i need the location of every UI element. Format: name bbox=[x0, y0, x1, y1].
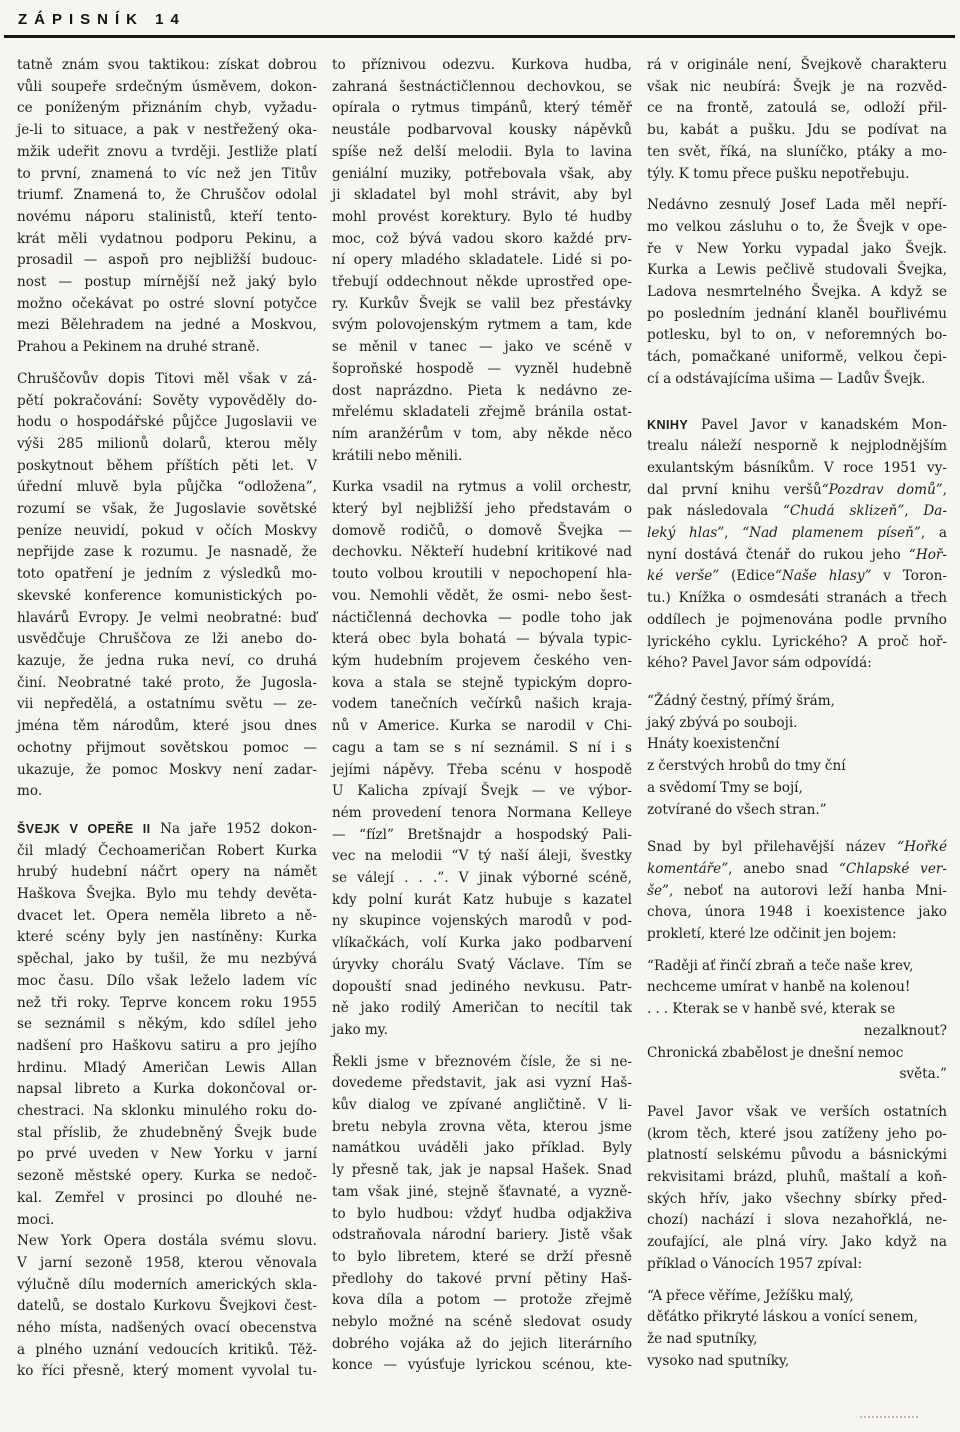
text-line: moci. bbox=[17, 1210, 317, 1232]
poem-line: že nad sputníky, bbox=[647, 1329, 947, 1351]
text-line: nadšení pro Haškovu satiru a pro jejího bbox=[17, 1036, 317, 1058]
text-line: ly přesně tak, jak je napsal Hašek. Snad bbox=[332, 1160, 632, 1182]
text-line: poskytnout během příštích pěti let. V bbox=[17, 456, 317, 478]
text-line: lyrického cyklu. Lyrického? A proč hoř- bbox=[647, 632, 947, 654]
text-line: však nic neubírá: Švejk je na rozvěd- bbox=[647, 77, 947, 99]
text-line: dvacet let. Opera neměla libreto a ně- bbox=[17, 906, 317, 928]
text-line: krát měli vydatnou podporu Pekinu, a bbox=[17, 229, 317, 251]
poem-line: nechceme umírat v hanbě na kolenou! bbox=[647, 977, 947, 999]
text-line: potlesku, byl to on, v neforemných bo- bbox=[647, 325, 947, 347]
poem-line: “Žádný čestný, přímý šrám, bbox=[647, 691, 947, 713]
poem: “Raději ať řinčí zbraň a teče naše krev,… bbox=[647, 956, 947, 1086]
poem: “Žádný čestný, přímý šrám,jaký zbývá po … bbox=[647, 691, 947, 821]
paragraph: ŠVEJK V OPEŘE II Na jaře 1952 dokon-čil … bbox=[17, 819, 317, 1231]
text-line: mžik udeřit znovu a tvrději. Jestliže pl… bbox=[17, 142, 317, 164]
text-line: KNIHY Pavel Javor v kanadském Mon- bbox=[647, 415, 947, 437]
poem-line: nezalknout? bbox=[647, 1021, 947, 1043]
text-line: ře v New Yorku vypadal jako Švejk. bbox=[647, 239, 947, 261]
text-line: New York Opera dostála svému slovu. bbox=[17, 1231, 317, 1253]
text-line: skevské konference komunistických po- bbox=[17, 586, 317, 608]
text-line: vlíkačkách, volí Kurka jako podbarvení bbox=[332, 933, 632, 955]
text-line: jména těm národům, které jsou dnes bbox=[17, 716, 317, 738]
text-line: V jarní sezoně 1958, kterou věnovala bbox=[17, 1253, 317, 1275]
text-line: po prvé uveden v New Yorku v jarní bbox=[17, 1144, 317, 1166]
text-line: hlavárů Evropy. Je velmi neobratné: buď bbox=[17, 608, 317, 630]
text-line: peníze neuvidí, pokud v očích Moskvy bbox=[17, 521, 317, 543]
text-line: kého? Pavel Javor sám odpovídá: bbox=[647, 653, 947, 675]
text-line: bretu nebyla zrovna věta, kterou jsme bbox=[332, 1117, 632, 1139]
paragraph: tatně znám svou taktikou: získat dobrouv… bbox=[17, 55, 317, 359]
text-line: opírala o rytmus timpánů, který téměř bbox=[332, 98, 632, 120]
text-line: touto volbou kroutili v nepochopení hla- bbox=[332, 564, 632, 586]
scanned-page: ZÁPISNÍK 14 tatně znám svou taktikou: zí… bbox=[0, 0, 960, 1432]
text-line: mohl provést korektury. Bylo té hudby bbox=[332, 207, 632, 229]
text-line: vůli soupeře srdečným úsměvem, dokon- bbox=[17, 77, 317, 99]
column-1: tatně znám svou taktikou: získat dobrouv… bbox=[17, 55, 317, 1383]
text-line: ké verše” (Edice“Naše hlasy” v Toron- bbox=[647, 566, 947, 588]
italic-book-title: “Chlapské ver- bbox=[839, 861, 947, 877]
text-line: cí a odstávajícíma ušima — Ladův Švejk. bbox=[647, 369, 947, 391]
text-line: Nedávno zesnulý Josef Lada měl nepří- bbox=[647, 195, 947, 217]
text-line: hrdinu. Mladý Američan Lewis Allan bbox=[17, 1058, 317, 1080]
text-line: oddílech je pojmenována podle prvního bbox=[647, 610, 947, 632]
text-line: čil mladý Čechoameričan Robert Kurka bbox=[17, 841, 317, 863]
text-line: nost — postup mírnější než jaký bylo bbox=[17, 272, 317, 294]
poem-line: a svědomí Tmy se bojí, bbox=[647, 778, 947, 800]
column-2: to příznivou odezvu. Kurkova hudba,zahra… bbox=[332, 55, 632, 1383]
text-line: cagu a tam se s ní seznámil. S ní i s bbox=[332, 738, 632, 760]
italic-book-title: leký hlas” bbox=[647, 525, 724, 541]
text-line: možno očekávat po ostré slovní potyčce bbox=[17, 294, 317, 316]
text-line: se měnil v tanec — jako ve scéně v bbox=[332, 337, 632, 359]
text-segment: , neboť na autorovi leží hanba Mni- bbox=[669, 883, 947, 899]
poem-line: Hnáty koexistenční bbox=[647, 734, 947, 756]
text-line: Řekli jsme v březnovém čísle, že si ne- bbox=[332, 1052, 632, 1074]
text-line: Haškova Švejka. Bylo mu tehdy devěta- bbox=[17, 884, 317, 906]
paragraph: Chruščovův dopis Titovi měl však v zá-pě… bbox=[17, 369, 317, 803]
text-line: nů v Americe. Kurka se narodil v Chi- bbox=[332, 716, 632, 738]
text-line: sezoně městské opery. Kurka se nedoč- bbox=[17, 1166, 317, 1188]
text-line: tách, pomačkané uniformě, velkou čepi- bbox=[647, 347, 947, 369]
poem-line: vysoko nad sputníky, bbox=[647, 1351, 947, 1373]
poem-line: světa.” bbox=[647, 1064, 947, 1086]
paragraph: KNIHY Pavel Javor v kanadském Mon-trealu… bbox=[647, 415, 947, 675]
text-line: spíše než delší melodii. Byla to lavina bbox=[332, 142, 632, 164]
text-line: chozí) nachází i slova nezahořklá, ne- bbox=[647, 1210, 947, 1232]
text-line: dal první knihu veršů“Pozdrav domů”, bbox=[647, 480, 947, 502]
text-line: to první, znamená to víc než jen Titův bbox=[17, 164, 317, 186]
text-line: domově rodičů, o domově Švejka — bbox=[332, 521, 632, 543]
text-line: rozumí se však, že Jugoslavie sovětské bbox=[17, 499, 317, 521]
italic-book-title: Da- bbox=[923, 503, 947, 519]
text-line: trealu náleží nesporně k nejplodnějším bbox=[647, 436, 947, 458]
text-line: a plného uznání vedoucích kritiků. Těž- bbox=[17, 1340, 317, 1362]
text-line: dobrého vojáka až do jejich literárního bbox=[332, 1334, 632, 1356]
text-line: činí. Neobratné také proto, že Jugosla- bbox=[17, 673, 317, 695]
column-3: rá v originále není, Švejkově charakteru… bbox=[647, 55, 947, 1383]
text-line: kova díla a potom — protože zřejmě bbox=[332, 1290, 632, 1312]
text-line: šoproňské hospodě — vyzněl hudebně bbox=[332, 359, 632, 381]
italic-book-title: “Nad plamenem píseň” bbox=[742, 525, 921, 541]
text-line: ko říci přesně, který moment vyvolal tu- bbox=[17, 1361, 317, 1383]
text-line: leký hlas”, “Nad plamenem píseň”, a bbox=[647, 523, 947, 545]
paragraph: Kurka vsadil na rytmus a volil orchestr,… bbox=[332, 477, 632, 1041]
paragraph: Pavel Javor však ve verších ostatních(kr… bbox=[647, 1102, 947, 1276]
scan-artifact bbox=[860, 1416, 918, 1418]
text-line: Chruščovův dopis Titovi měl však v zá- bbox=[17, 369, 317, 391]
text-columns: tatně znám svou taktikou: získat dobrouv… bbox=[0, 38, 960, 1383]
text-line: ním aranžérům v tom, aby někde něco bbox=[332, 424, 632, 446]
text-line: to bylo libretem, které se drží přesně bbox=[332, 1247, 632, 1269]
text-line: vou. Nemohli vědět, že osmi- nebo šest- bbox=[332, 586, 632, 608]
text-line: to bylo hudbou: vždyť hudba odjakživa bbox=[332, 1204, 632, 1226]
text-line: U Kalicha zpívají Švejk — ve výbor- bbox=[332, 781, 632, 803]
text-line: jejími nápěvy. Třeba scénu v hospodě bbox=[332, 760, 632, 782]
poem-line: zotvírané do všech stran.” bbox=[647, 800, 947, 822]
text-line: ném provedení tenora Normana Kelleye bbox=[332, 803, 632, 825]
journal-title: ZÁPISNÍK 14 bbox=[18, 11, 186, 28]
text-line: moc času. Dílo však leželo ladem víc bbox=[17, 971, 317, 993]
text-line: konce — vyúsťuje lyrickou scénou, kte- bbox=[332, 1355, 632, 1377]
text-segment: , a bbox=[921, 525, 947, 541]
text-line: ného místa, nadšených ovací obecenstva bbox=[17, 1318, 317, 1340]
text-segment: , bbox=[943, 482, 947, 498]
text-line: se válejí . . .”. V jinak výborné scéně, bbox=[332, 868, 632, 890]
text-line: pětí pokračování: Sověty vypověděly do- bbox=[17, 391, 317, 413]
text-line: mo velkou zásluhu o to, že Švejk v ope- bbox=[647, 217, 947, 239]
text-segment: světa.” bbox=[899, 1066, 947, 1082]
text-line: ten svět, říká, na sluníčko, ptáky a mo- bbox=[647, 142, 947, 164]
text-line: prosadil — aspoň pro nejbližší budouc- bbox=[17, 250, 317, 272]
text-line: Kurka vsadil na rytmus a volil orchestr, bbox=[332, 477, 632, 499]
text-segment: nezalknout? bbox=[864, 1023, 947, 1039]
text-line: tu.) Knížka o osmdesáti stranách a třech bbox=[647, 588, 947, 610]
poem-line: “A přece věříme, Ježíšku malý, bbox=[647, 1286, 947, 1308]
text-line: mezi Bělehradem na jedné a Moskvou, bbox=[17, 315, 317, 337]
paragraph: to příznivou odezvu. Kurkova hudba,zahra… bbox=[332, 55, 632, 467]
text-line: vii nepředělá, a ostatnímu světu — ze- bbox=[17, 694, 317, 716]
text-line: geniální muziky, potřebovala však, aby bbox=[332, 164, 632, 186]
text-line: bu, kabát a pušku. Jdu se podívat na bbox=[647, 120, 947, 142]
text-line: krátili nebo měnili. bbox=[332, 446, 632, 468]
text-line: zahraná šestnáctičlennou dechovkou, se bbox=[332, 77, 632, 99]
poem: “A přece věříme, Ježíšku malý,děťátko př… bbox=[647, 1286, 947, 1373]
italic-book-title: še” bbox=[647, 883, 669, 899]
text-line: Kurka a Lewis pečlivě studovali Švejka, bbox=[647, 260, 947, 282]
text-line: se seznámil s někým, kdo sdílel jeho bbox=[17, 1014, 317, 1036]
text-line: náctičlenná dechovka — podle toho jak bbox=[332, 608, 632, 630]
text-line: prokletí, které lze odčinit jen bojem: bbox=[647, 924, 947, 946]
text-line: příklad o Vánocích 1957 zpíval: bbox=[647, 1254, 947, 1276]
text-line: mo. bbox=[17, 781, 317, 803]
section-heading: ŠVEJK V OPEŘE II bbox=[17, 822, 151, 836]
text-line: kova a stala se stejně typickým dopro- bbox=[332, 673, 632, 695]
text-line: po posledním jednání klaněl bouřlivému bbox=[647, 304, 947, 326]
paragraph: New York Opera dostála svému slovu.V jar… bbox=[17, 1231, 317, 1383]
italic-book-title: “Hořké bbox=[897, 839, 947, 855]
text-line: ochotny přijmout sovětskou pomoc — bbox=[17, 738, 317, 760]
text-line: vec na melodii “V tý naší áleji, švestky bbox=[332, 846, 632, 868]
text-line: nepřijde zase k rozumu. Je nasnadě, že bbox=[17, 542, 317, 564]
masthead: ZÁPISNÍK 14 bbox=[0, 0, 960, 28]
poem-line: děťátko přikryté láskou a vonící senem, bbox=[647, 1307, 947, 1329]
text-line: úřední mluvě byla půjčka “odložena”, bbox=[17, 477, 317, 499]
text-line: odstraňovala národní bariery. Jistě však bbox=[332, 1225, 632, 1247]
text-segment: Snad by byl přilehavější název bbox=[647, 839, 897, 855]
text-line: dechovku. Někteří hudební kritikové nad bbox=[332, 542, 632, 564]
text-line: še”, neboť na autorovi leží hanba Mni- bbox=[647, 881, 947, 903]
text-line: kdy polní kurát Katz hubuje s kazatel bbox=[332, 890, 632, 912]
paragraph: rá v originále není, Švejkově charakteru… bbox=[647, 55, 947, 185]
poem-line: “Raději ať řinčí zbraň a teče naše krev, bbox=[647, 956, 947, 978]
poem-line: . . . Kterak se v hanbě své, kterak se bbox=[647, 999, 947, 1021]
text-segment: nyní dostává čtenář do rukou jeho bbox=[647, 547, 909, 563]
poem-line: jaký zbývá po souboji. bbox=[647, 713, 947, 735]
text-line: — “fízl” Bretšnajdr a hospodský Pali- bbox=[332, 825, 632, 847]
text-segment: (Edice bbox=[719, 568, 775, 584]
text-line: hrubý hudební náčrt opery na námět bbox=[17, 862, 317, 884]
text-line: úryvky chorálu Svatý Václave. Tím se bbox=[332, 955, 632, 977]
text-line: to příznivou odezvu. Kurkova hudba, bbox=[332, 55, 632, 77]
text-line: ně jako rodilý Američan to necítil tak bbox=[332, 998, 632, 1020]
text-line: platností selskému původu a básnickými bbox=[647, 1145, 947, 1167]
text-line: než tři roky. Teprve koncem roku 1955 bbox=[17, 993, 317, 1015]
text-line: Prahou a Pekinem na druhé straně. bbox=[17, 337, 317, 359]
text-line: dovedeme představit, jak asi vyzní Haš- bbox=[332, 1073, 632, 1095]
text-line: moc, což bývá vadou skoro každé prv- bbox=[332, 229, 632, 251]
text-segment: Na jaře 1952 dokon- bbox=[151, 821, 317, 837]
poem-line: z čerstvých hrobů do tmy ční bbox=[647, 756, 947, 778]
text-segment: , bbox=[724, 525, 742, 541]
text-line: Snad by byl přilehavější název “Hořké bbox=[647, 837, 947, 859]
text-segment: , bbox=[904, 503, 923, 519]
text-line: ji skladatel byl mohl strávit, aby byl bbox=[332, 185, 632, 207]
text-line: kův dialog ve zpívané angličtině. V li- bbox=[332, 1095, 632, 1117]
text-line: výlučně dílu moderních amerických skla- bbox=[17, 1275, 317, 1297]
text-line: vodem tanečních večírků našich kraja- bbox=[332, 694, 632, 716]
text-line: zoufající, ale plná víry. Jako když na bbox=[647, 1232, 947, 1254]
text-line: ry. Kurkův Švejk se valil bez přestávky bbox=[332, 294, 632, 316]
text-line: ukazuje, že pomoc Moskvy není zadar- bbox=[17, 760, 317, 782]
text-line: komentáře”, anebo snad “Chlapské ver- bbox=[647, 859, 947, 881]
text-line: dost naprázdno. Pieta k nedávno ze- bbox=[332, 381, 632, 403]
text-line: tatně znám svou taktikou: získat dobrou bbox=[17, 55, 317, 77]
italic-book-title: komentáře” bbox=[647, 861, 728, 877]
italic-book-title: “Naše hlasy” bbox=[775, 568, 872, 584]
text-segment: pak následovala bbox=[647, 503, 783, 519]
text-line: toto opatření je jedním z výsledků mo- bbox=[17, 564, 317, 586]
text-line: ní opery mladého skladatele. Lidé si po- bbox=[332, 250, 632, 272]
text-line: kým hudebním projevem českého ven- bbox=[332, 651, 632, 673]
text-line: nebylo možné na scéně sledovat osudy bbox=[332, 1312, 632, 1334]
text-line: napsal libreto a Kurka dokončoval or- bbox=[17, 1079, 317, 1101]
text-line: které scény byly jen nastíněny: Kurka bbox=[17, 927, 317, 949]
italic-book-title: “Chudá sklizeň” bbox=[783, 503, 904, 519]
text-line: (krom těch, které jsou zatíženy jeho po- bbox=[647, 1124, 947, 1146]
text-line: předlohy do takové první pětiny Haš- bbox=[332, 1269, 632, 1291]
text-line: spěchal, jako by tušil, že mu nezbývá bbox=[17, 949, 317, 971]
text-line: kazuje, že jedna ruka neví, co druhá bbox=[17, 651, 317, 673]
text-line: který byl nejbližší jeho představám o bbox=[332, 499, 632, 521]
italic-book-title: “Hoř- bbox=[909, 547, 947, 563]
italic-book-title: “Pozdrav domů” bbox=[822, 482, 943, 498]
text-line: exulantským básníkům. V roce 1951 vy- bbox=[647, 458, 947, 480]
text-line: pak následovala “Chudá sklizeň”, Da- bbox=[647, 501, 947, 523]
text-line: ských hřív, jako všechny sbírky před- bbox=[647, 1189, 947, 1211]
text-line: ny skupince vojenských marodů v pod- bbox=[332, 911, 632, 933]
text-line: mřelému skladateli zřejmě bránila ostat- bbox=[332, 402, 632, 424]
italic-book-title: ké verše” bbox=[647, 568, 719, 584]
text-segment: dal první knihu veršů bbox=[647, 482, 822, 498]
text-line: svým polovojenským rytmem a tam, kde bbox=[332, 315, 632, 337]
paragraph: Nedávno zesnulý Josef Lada měl nepří-mo … bbox=[647, 195, 947, 390]
text-line: rá v originále není, Švejkově charakteru bbox=[647, 55, 947, 77]
text-line: je-li to situace, a pak v nestřežený oka… bbox=[17, 120, 317, 142]
text-line: hodu o hospodářské půjčce Jugoslavii ve bbox=[17, 412, 317, 434]
text-line: nyní dostává čtenář do rukou jeho “Hoř- bbox=[647, 545, 947, 567]
section-heading: KNIHY bbox=[647, 418, 688, 432]
text-line: namátkou uváděli jako příklad. Byly bbox=[332, 1138, 632, 1160]
text-line: chova, února 1948 i koexistence jako bbox=[647, 902, 947, 924]
text-segment: v Toron- bbox=[872, 568, 947, 584]
text-line: třebují oddechnout někde uprostřed ope- bbox=[332, 272, 632, 294]
paragraph: Snad by byl přilehavější název “Hořkékom… bbox=[647, 837, 947, 946]
text-line: výši 285 milionů dolarů, kterou měly bbox=[17, 434, 317, 456]
text-segment: , anebo snad bbox=[728, 861, 839, 877]
text-line: rekvisitami brázd, pluhů, maštalí a koň- bbox=[647, 1167, 947, 1189]
text-line: ce na frontě, zatoulá se, odloží přil- bbox=[647, 98, 947, 120]
text-line: datelů, se dostalo Kurkovu Švejkovi čest… bbox=[17, 1296, 317, 1318]
text-line: tam však jiné, stejně šťavnaté, a vyzně- bbox=[332, 1182, 632, 1204]
text-line: stal příslib, že zhudebněný Švejk bude bbox=[17, 1123, 317, 1145]
paragraph: Řekli jsme v březnovém čísle, že si ne-d… bbox=[332, 1052, 632, 1378]
text-line: usvědčuje Chruščova ze lži anebo do- bbox=[17, 629, 317, 651]
text-line: jako my. bbox=[332, 1020, 632, 1042]
text-line: ce poníženým přiznáním chyb, vyžadu- bbox=[17, 98, 317, 120]
text-line: neustále podbarvoval kousky nápěvků bbox=[332, 120, 632, 142]
text-segment: Pavel Javor v kanadském Mon- bbox=[688, 417, 947, 433]
text-line: kal. Zemřel v prosinci po dlouhé ne- bbox=[17, 1188, 317, 1210]
text-line: Pavel Javor však ve verších ostatních bbox=[647, 1102, 947, 1124]
text-line: týly. K tomu přece pušku nepotřebuju. bbox=[647, 164, 947, 186]
text-line: novému náporu stalinistů, kteří tento- bbox=[17, 207, 317, 229]
text-line: ŠVEJK V OPEŘE II Na jaře 1952 dokon- bbox=[17, 819, 317, 841]
text-line: chestraci. Na sklonku minulého roku do- bbox=[17, 1101, 317, 1123]
text-line: triumf. Znamená to, že Chruščov odolal bbox=[17, 185, 317, 207]
text-line: Ladova nesmrtelného Švejka. A když se bbox=[647, 282, 947, 304]
text-line: která obec byla bohatá — bývala typic- bbox=[332, 629, 632, 651]
poem-line: Chronická zbabělost je dnešní nemoc bbox=[647, 1043, 947, 1065]
text-line: dopouští snad jediného nevkusu. Patr- bbox=[332, 977, 632, 999]
